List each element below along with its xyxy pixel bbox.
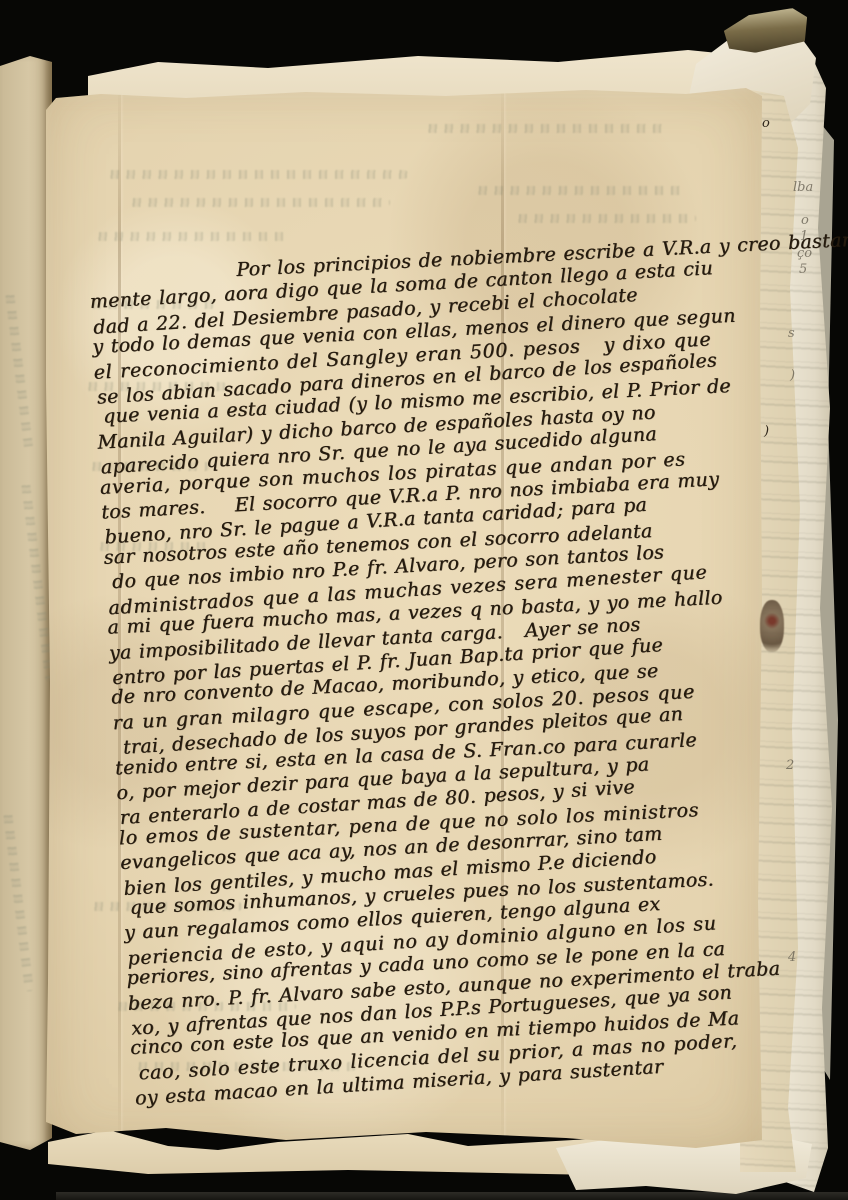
edge-mark-glyph: 1: [800, 229, 808, 244]
edge-mark-glyph: 2: [786, 758, 794, 773]
edge-mark-glyph: ): [764, 424, 769, 439]
edge-mark-glyph: o: [762, 116, 770, 131]
edge-mark-glyph: 4: [788, 950, 796, 965]
edge-mark-glyph: s: [788, 326, 795, 341]
edge-mark-glyph: o: [801, 213, 809, 228]
edge-mark-glyph: 5: [799, 262, 807, 277]
edge-mark-glyph: lba: [793, 180, 813, 195]
edge-mark-glyph: ): [790, 368, 795, 383]
edge-mark-glyph: ço: [797, 246, 812, 261]
manuscript-photo: M. R.e P. nro fr. Fr.co Zamora # 225 115…: [0, 0, 848, 1200]
edge-marks-layer: olbao1ço5s))24: [0, 0, 848, 1200]
